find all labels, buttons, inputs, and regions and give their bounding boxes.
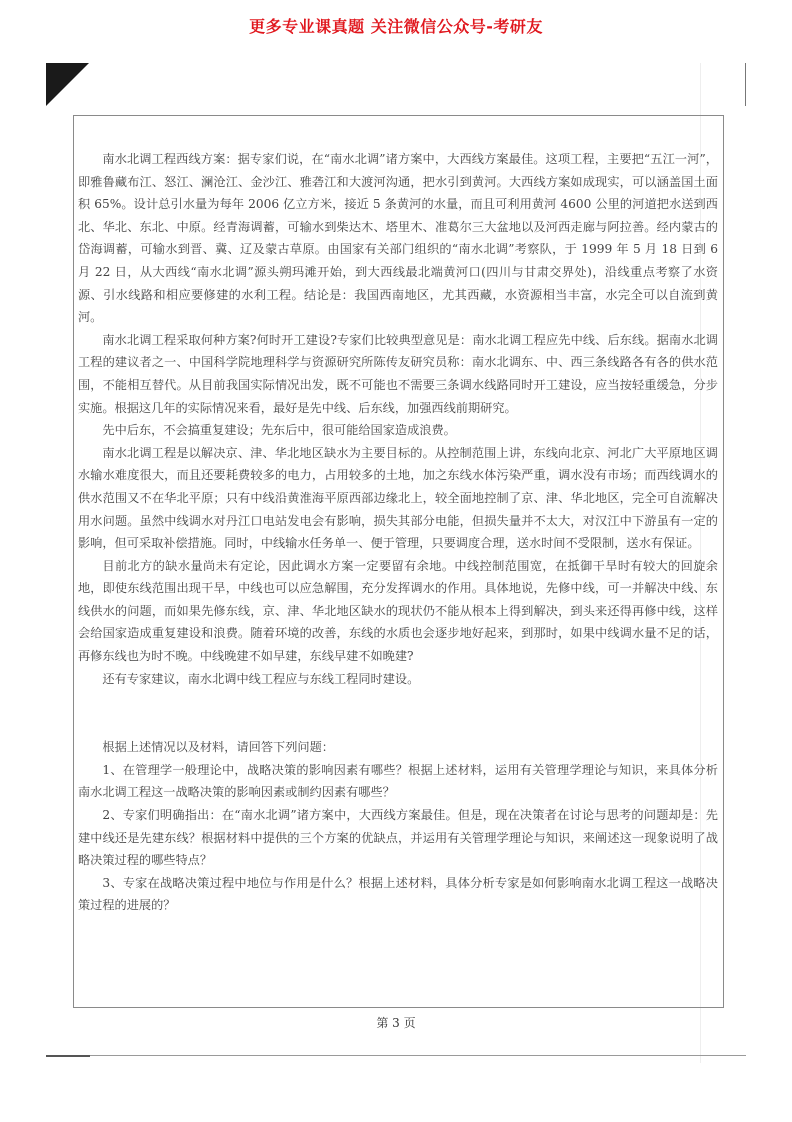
paragraph-objective: 南水北调工程是以解决京、津、华北地区缺水为主要目标的。从控制范围上讲，东线向北京… [78, 442, 718, 555]
spacer [78, 690, 718, 736]
document-body: 南水北调工程西线方案：据专家们说，在“南水北调”诸方案中，大西线方案最佳。这项工… [78, 148, 718, 917]
bottom-rule-mark [46, 1055, 90, 1057]
promo-banner: 更多专业课真题 关注微信公众号-考研友 [0, 14, 792, 37]
page-number: 第 3 页 [0, 1014, 792, 1031]
paragraph-plan-timing: 南水北调工程采取何种方案?何时开工建设?专家们比较典型意见是：南水北调工程应先中… [78, 329, 718, 419]
paragraph-west-route: 南水北调工程西线方案：据专家们说，在“南水北调”诸方案中，大西线方案最佳。这项工… [78, 148, 718, 329]
question-3: 3、专家在战略决策过程中地位与作用是什么？根据上述材料，具体分析专家是如何影响南… [78, 872, 718, 917]
paragraph-simultaneous: 还有专家建议，南水北调中线工程应与东线工程同时建设。 [78, 668, 718, 691]
paragraph-middle-first: 先中后东，不会搞重复建设；先东后中，很可能给国家造成浪费。 [78, 419, 718, 442]
paragraph-water-shortage: 目前北方的缺水量尚未有定论，因此调水方案一定要留有余地。中线控制范围宽，在抵御干… [78, 555, 718, 668]
scan-corner-mark [46, 63, 89, 106]
bottom-rule [46, 1055, 746, 1056]
questions-intro: 根据上述情况以及材料，请回答下列问题： [78, 736, 718, 759]
question-2: 2、专家们明确指出：在“南水北调”诸方案中，大西线方案最佳。但是，现在决策者在讨… [78, 804, 718, 872]
scan-edge-line [745, 63, 746, 106]
question-1: 1、在管理学一般理论中，战略决策的影响因素有哪些？根据上述材料，运用有关管理学理… [78, 759, 718, 804]
